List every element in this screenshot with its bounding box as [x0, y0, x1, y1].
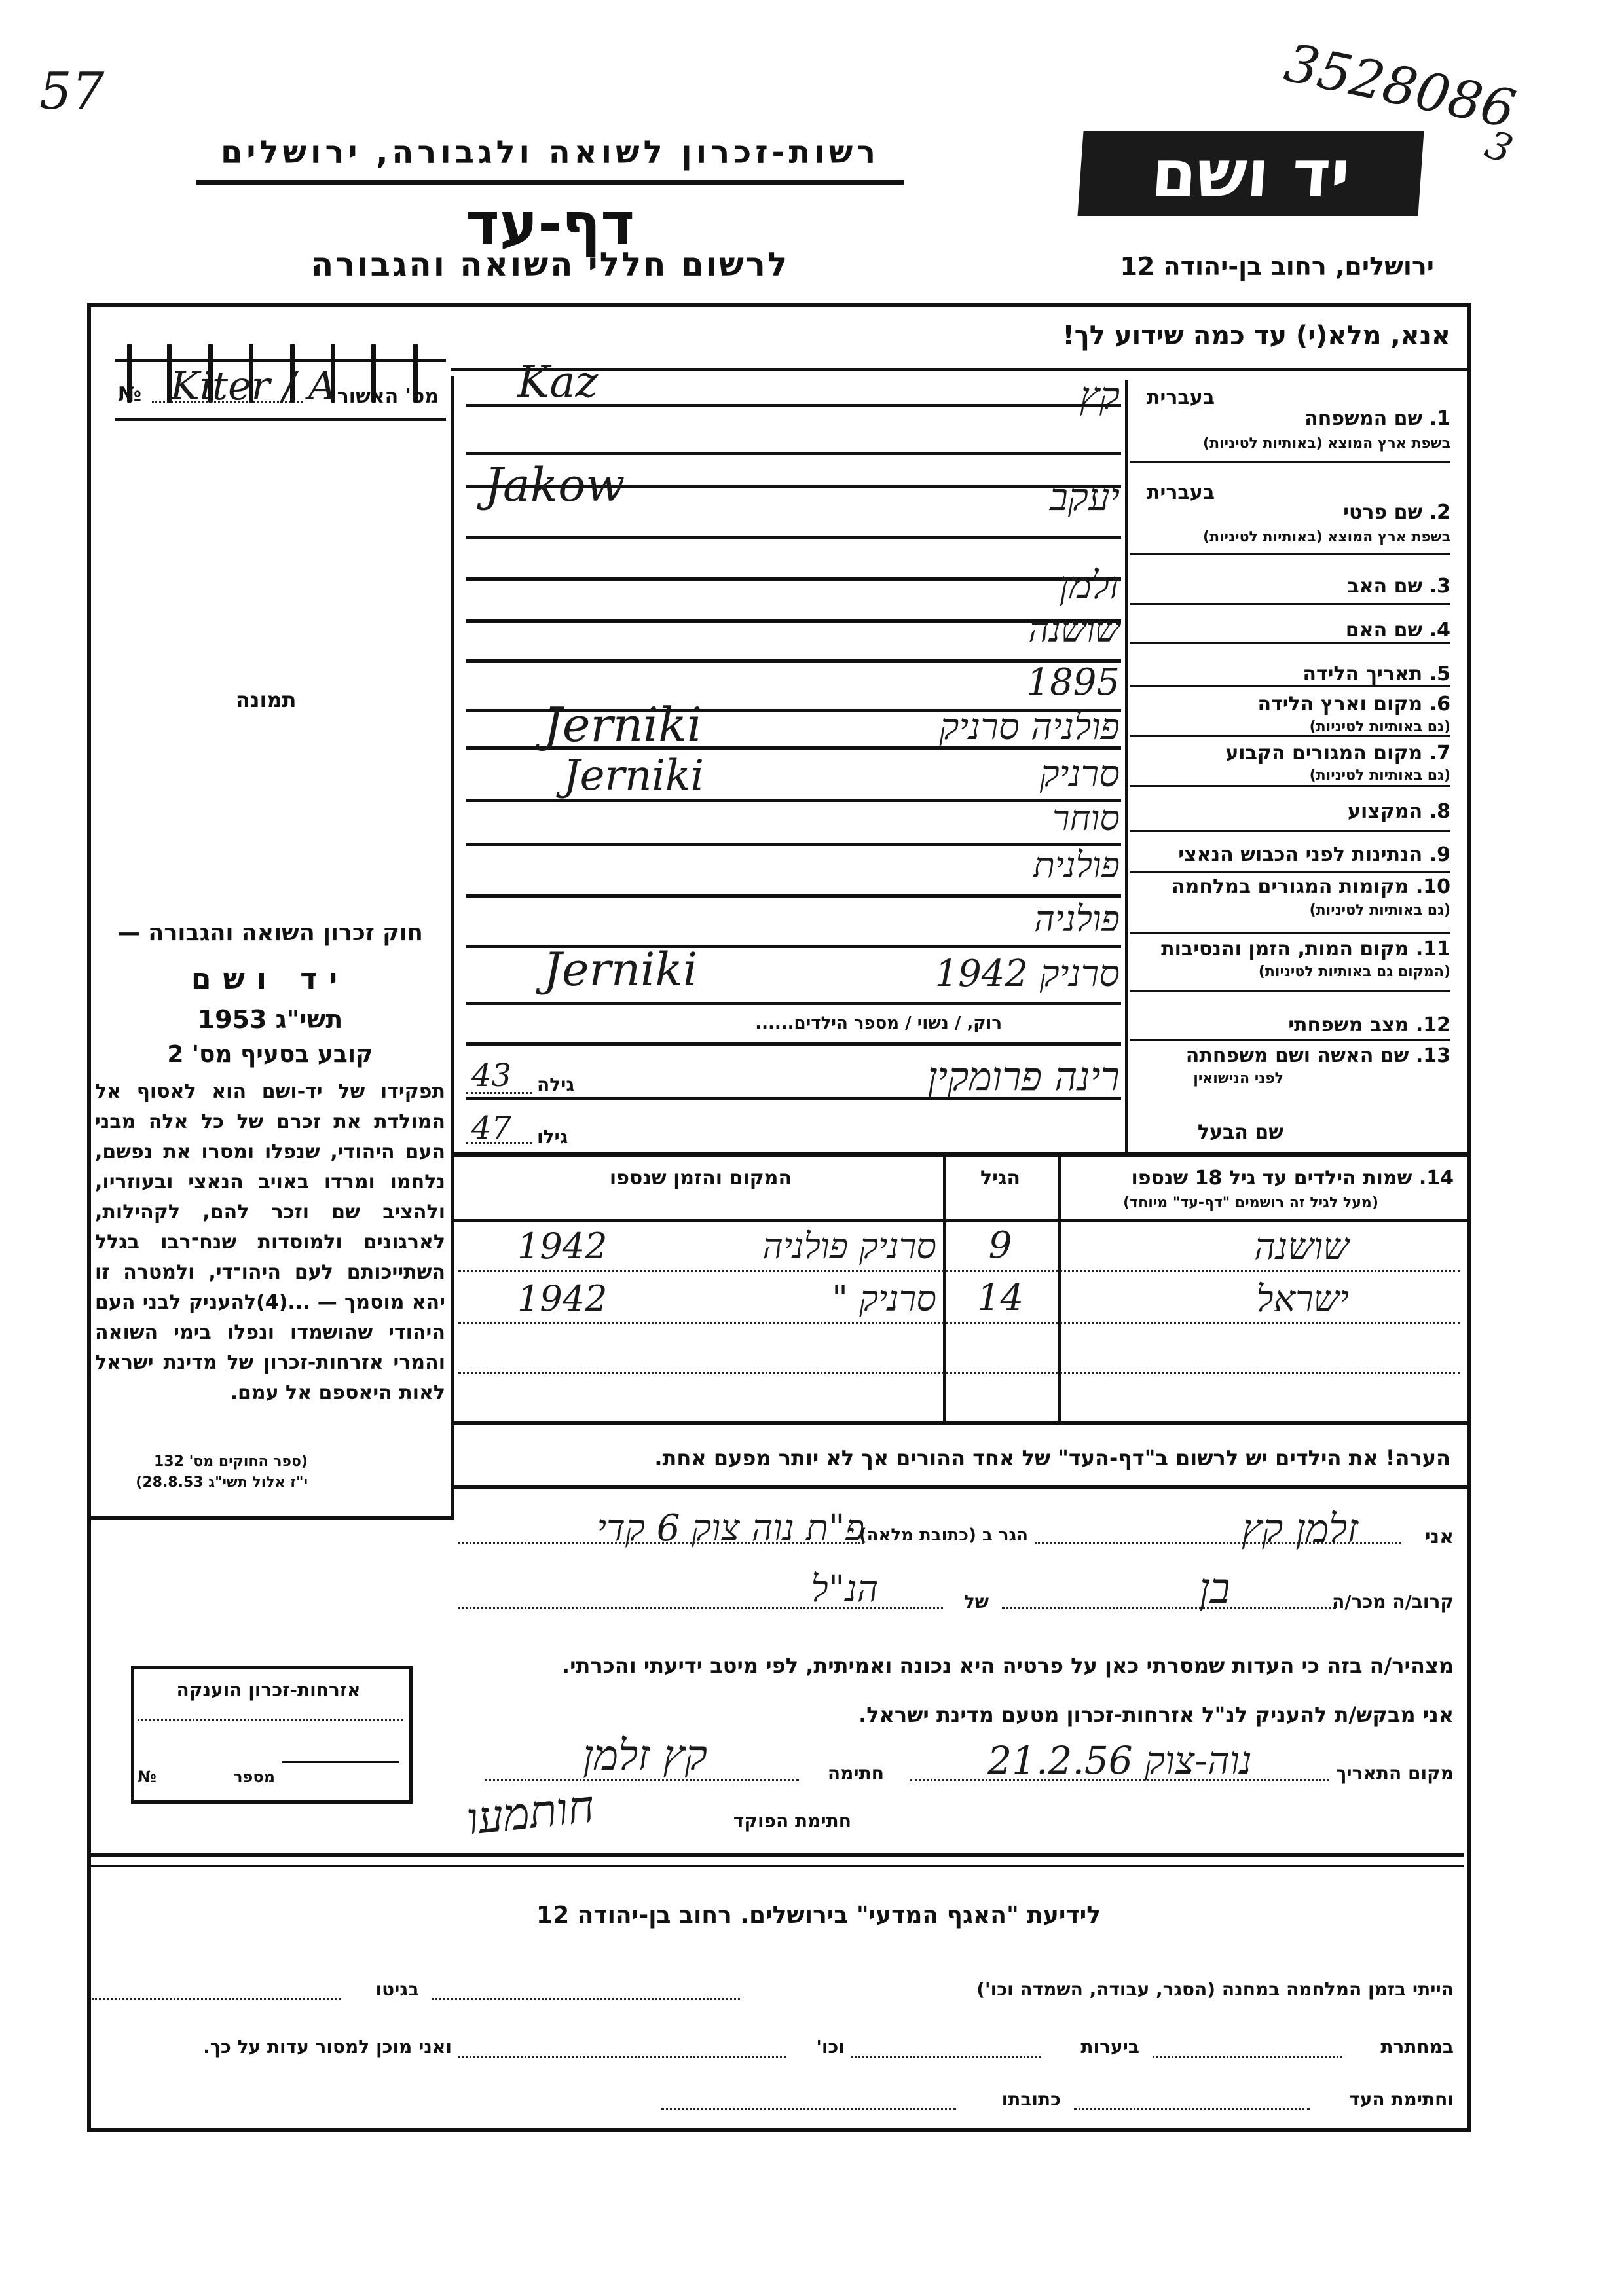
- of-value[interactable]: הנ"ל: [747, 1568, 943, 1611]
- footer-underground-line[interactable]: [1153, 2056, 1342, 2058]
- child-row-line: [458, 1270, 1460, 1272]
- of-label: של: [950, 1591, 989, 1613]
- footer-address-line[interactable]: [661, 2108, 956, 2110]
- field-9-label: 9. הנתינות לפני הכבוש הנאצי: [1133, 843, 1450, 866]
- left-column-divider: [451, 376, 454, 1519]
- archive-number-annotation: 3528086: [1280, 32, 1521, 140]
- child-1-age[interactable]: 9: [950, 1224, 1051, 1267]
- wife-age-line: [466, 1092, 532, 1094]
- husband-age-line: [466, 1142, 532, 1144]
- field-1-value-latin[interactable]: Kaz: [517, 357, 598, 407]
- footer-testimony-label: ואני מוכן למסור עדות על כך.: [98, 2036, 452, 2058]
- law-year: תשי"ג 1953: [98, 1005, 442, 1034]
- place-date-line: [910, 1779, 1329, 1781]
- value-line: [466, 452, 1121, 455]
- yad-vashem-logo: יד ושם: [1077, 131, 1424, 216]
- footer-address-label: כתובתו: [963, 2088, 1061, 2110]
- instruction-band-bottom: [451, 368, 1467, 371]
- footer-forests-label: ביערות: [1048, 2036, 1139, 2058]
- relation-label: קרוב/ה מכר/ה: [1342, 1591, 1454, 1613]
- husband-name-label: שם הבעל: [1133, 1121, 1283, 1144]
- child-2-name[interactable]: ישראל: [1074, 1278, 1349, 1321]
- law-title: חוק זכרון השואה והגבורה —: [98, 920, 442, 946]
- field-13-label: 13. שם האשה ושם משפחתה: [1133, 1044, 1450, 1067]
- form-instruction: אנא, מלא(י) עד כמה שידוע לך!: [786, 321, 1450, 351]
- citizenship-number-label: מספר: [196, 1768, 275, 1786]
- photo-placeholder-label: תמונה: [236, 687, 296, 712]
- child-row-line: [458, 1322, 1460, 1324]
- signature-label: חתימה: [819, 1762, 884, 1784]
- field-10-sub: (גם באותיות לטיניות): [1126, 902, 1450, 919]
- footer-camp-label: הייתי בזמן המלחמה במחנה (הסגר, עבודה, הש…: [825, 1978, 1454, 2000]
- child-2-age[interactable]: 14: [950, 1277, 1051, 1319]
- citizenship-line: [138, 1719, 403, 1721]
- child-2-place[interactable]: סרניק ": [688, 1278, 936, 1319]
- field-1-value-hebrew[interactable]: קץ: [936, 373, 1120, 418]
- place-date-value[interactable]: נוה-צוק 21.2.56: [910, 1738, 1329, 1783]
- husband-age-value[interactable]: 47: [471, 1110, 511, 1146]
- footer-forests-line[interactable]: [851, 2056, 1041, 2058]
- footer-title: לידיעת "האגף המדעי" בירושלים. רחוב בן-יה…: [458, 1902, 1179, 1929]
- field-4-value[interactable]: שושנה: [936, 609, 1120, 650]
- value-line: [466, 894, 1121, 898]
- child-2-year[interactable]: 1942: [517, 1278, 607, 1319]
- child-1-place[interactable]: סרניק פולניה: [688, 1226, 936, 1267]
- official-signature-label: חתימת הפוקד: [720, 1810, 851, 1832]
- wife-age-value[interactable]: 43: [471, 1057, 511, 1094]
- citizenship-title: אזרחות-זכרון הוענקה: [138, 1679, 399, 1701]
- law-body: תפקידו של יד-ושם הוא לאסוף אל המולדת את …: [95, 1077, 445, 1408]
- field-11-label: 11. מקום המות, הזמן והנסיבות: [1133, 938, 1450, 960]
- wife-age-label: גילה: [537, 1074, 574, 1095]
- relation-value[interactable]: בן: [1100, 1565, 1329, 1613]
- logo-text: יד ושם: [1149, 136, 1352, 212]
- children-remark: הערה! את הילדים יש לרשום ב"דף-העד" של אח…: [471, 1446, 1450, 1470]
- address-label: הגר ב (כתובת מלאה): [871, 1525, 1028, 1545]
- label-line: [1130, 932, 1450, 934]
- remark-bottom-line: [451, 1485, 1467, 1489]
- footer-ghetto-line[interactable]: [92, 1998, 341, 2000]
- field-6-label: 6. מקום וארץ הלידה: [1133, 693, 1450, 716]
- field-12-label: 12. מצב משפחתי: [1133, 1013, 1450, 1036]
- law-source-2: י"ז אלול תשי"ג 28.8.53): [98, 1474, 308, 1491]
- footer-witness-signature-line[interactable]: [1074, 2108, 1310, 2110]
- field-10-label: 10. מקומות המגורים במלחמה: [1133, 875, 1450, 898]
- field-6-sub: (גם באותיות לטיניות): [1126, 719, 1450, 735]
- label-line: [1130, 735, 1450, 737]
- value-line: [466, 1042, 1121, 1046]
- label-line: [1130, 642, 1450, 644]
- law-source-1: (ספר החוקים מס' 132: [98, 1453, 308, 1470]
- citizenship-number-line: [282, 1761, 399, 1763]
- field-11-value-latin[interactable]: Jerniki: [544, 943, 697, 996]
- approval-label: מס' האשור: [314, 385, 439, 408]
- field-2-sub: בשפת ארץ המוצא (באותיות לטיניות): [1126, 529, 1450, 545]
- approval-no-label: №: [118, 383, 141, 406]
- field-6-value-latin[interactable]: Jerniki: [544, 697, 702, 752]
- field-3-value[interactable]: זלמן: [936, 563, 1120, 608]
- law-org: יד ושם: [98, 962, 442, 996]
- label-line: [1130, 461, 1450, 463]
- children-top-line: [451, 1152, 1467, 1157]
- approval-number-value: Kiter / A: [170, 363, 337, 409]
- label-line: [1130, 871, 1450, 873]
- label-line: [1130, 990, 1450, 992]
- children-subtitle: (מעל לגיל זה רושמים "דף-עד" מיוחד): [1067, 1195, 1434, 1211]
- declarant-name-line: [1035, 1542, 1401, 1544]
- page-number-annotation: 57: [39, 62, 104, 121]
- form-subtitle: לרשום חללי השואה והגבורה: [262, 246, 838, 283]
- children-col-place-time: המקום והזמן שנספו: [471, 1167, 930, 1190]
- footer-ghetto-label: בגיטו: [347, 1978, 419, 2000]
- signature-value[interactable]: קץ זלמן: [498, 1732, 792, 1780]
- footer-divider-bottom: [91, 1865, 1464, 1867]
- declarant-label: אני: [1408, 1525, 1454, 1548]
- field-7-value-latin[interactable]: Jerniki: [563, 752, 704, 800]
- label-line: [1130, 603, 1450, 605]
- footer-divider-top: [91, 1853, 1464, 1857]
- field-5-value[interactable]: 1895: [943, 661, 1120, 704]
- children-bottom-line: [451, 1421, 1467, 1425]
- value-line: [466, 1002, 1121, 1005]
- field-9-value[interactable]: פולנית: [936, 845, 1120, 886]
- authority-underline: [196, 180, 904, 185]
- child-row-line: [458, 1372, 1460, 1374]
- label-value-divider: [1125, 380, 1128, 1152]
- citizenship-request: אני מבקש/ת להעניק לנ"ל אזרחות-זכרון מטעם…: [720, 1702, 1454, 1727]
- authority-name: רשות-זכרון לשואה ולגבורה, ירושלים: [196, 134, 904, 171]
- address-line: [458, 1542, 864, 1544]
- declaration-statement: מצהיר/ה בזה כי העדות שמסרתי כאן על פרטיה…: [458, 1653, 1454, 1678]
- children-col-age: הגיל: [950, 1167, 1051, 1190]
- children-title: 14. שמות הילדים עד גיל 18 שנספו: [1067, 1167, 1454, 1190]
- field-11-value-hebrew[interactable]: סרניק 1942: [851, 953, 1120, 995]
- field-1-sub: בשפת ארץ המוצא (באותיות לטיניות): [1126, 435, 1450, 452]
- field-1-hebrew-tag: בעברית: [1136, 386, 1215, 409]
- field-7-label: 7. מקום המגורים הקבוע: [1133, 742, 1450, 765]
- field-8-value[interactable]: סוחר: [936, 797, 1120, 839]
- field-2-value-hebrew[interactable]: יעקב: [936, 475, 1120, 519]
- approval-bottom-line: [115, 418, 446, 421]
- law-box-bottom: [91, 1516, 454, 1520]
- field-3-label: 3. שם האב: [1133, 575, 1450, 598]
- field-13-sub: לפני הנישואין: [1126, 1070, 1283, 1087]
- field-5-label: 5. תאריך הלידה: [1133, 663, 1450, 685]
- footer-etc-label: וכו': [792, 2036, 845, 2058]
- label-line: [1130, 553, 1450, 555]
- child-4-row[interactable]: [458, 1375, 1460, 1421]
- field-13-value[interactable]: רינה פרומקין: [688, 1054, 1120, 1100]
- field-6-value-hebrew[interactable]: פולניה סרניק: [851, 706, 1120, 748]
- approval-top-line: [115, 359, 446, 362]
- child-3-row[interactable]: [458, 1326, 1460, 1372]
- field-8-label: 8. המקצוע: [1133, 800, 1450, 823]
- field-4-label: 4. שם האם: [1133, 619, 1450, 642]
- field-10-value[interactable]: פולניה: [936, 898, 1120, 939]
- husband-age-label: גילו: [537, 1126, 568, 1148]
- children-header-line: [451, 1219, 1467, 1222]
- label-line: [1130, 685, 1450, 687]
- label-line: [1130, 785, 1450, 787]
- field-2-label: 2. שם פרטי: [1133, 501, 1450, 524]
- field-11-sub: (המקום גם באותיות לטיניות): [1126, 964, 1450, 980]
- law-clause: קובע בסעיף מס' 2: [98, 1041, 442, 1068]
- field-7-value-hebrew[interactable]: סרניק: [936, 753, 1120, 795]
- citizenship-no-label: №: [138, 1768, 157, 1786]
- field-2-value-latin[interactable]: Jakow: [485, 458, 625, 512]
- field-7-sub: (גם באותיות לטיניות): [1126, 767, 1450, 784]
- footer-witness-signature-label: וחתימת העד: [1316, 2088, 1454, 2110]
- label-line: [1130, 830, 1450, 832]
- place-date-label: מקום התאריך: [1342, 1762, 1454, 1784]
- footer-underground-label: במחתרת: [1349, 2036, 1454, 2058]
- footer-etc-line[interactable]: [458, 2056, 786, 2058]
- relation-line: [1002, 1607, 1336, 1609]
- declarant-name[interactable]: זלמן קץ: [1198, 1506, 1401, 1552]
- field-1-label: 1. שם המשפחה: [1133, 407, 1450, 430]
- child-1-year[interactable]: 1942: [517, 1226, 607, 1267]
- value-line: [466, 536, 1121, 539]
- of-line: [458, 1607, 943, 1609]
- footer-camp-line[interactable]: [432, 1998, 740, 2000]
- label-line: [1130, 1039, 1450, 1041]
- child-1-name[interactable]: שושנה: [1074, 1226, 1349, 1268]
- marital-status-options[interactable]: רוק, / נשוי / מספר הילדים......: [688, 1013, 1002, 1033]
- header-address: ירושלים, רחוב בן-יהודה 12: [1067, 252, 1434, 281]
